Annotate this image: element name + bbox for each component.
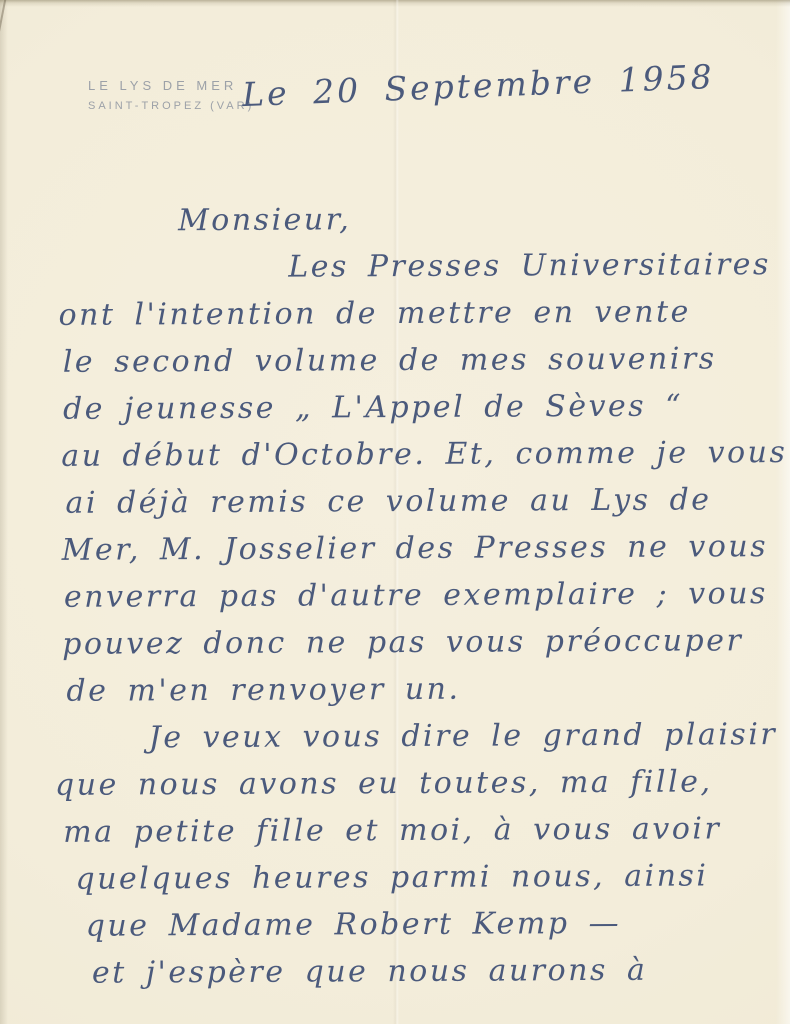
- paper-corner-crease: [0, 0, 9, 101]
- letter-line: que Madame Robert Kemp —: [86, 899, 769, 950]
- letter-line: de jeunesse „ L'Appel de Sèves “: [63, 382, 766, 433]
- letter-line: ont l'intention de mettre en vente: [58, 288, 765, 339]
- letter-line: pouvez donc ne pas vous préoccuper: [62, 617, 767, 668]
- letterhead-name: LE LYS DE MER: [88, 78, 254, 93]
- letter-line: Mer, M. Josselier des Presses ne vous: [62, 523, 767, 574]
- letter-line: de m'en renvoyer un.: [66, 664, 767, 715]
- handwritten-date: Le 20 Septembre 1958: [241, 57, 715, 114]
- letter-line: et j'espère que nous aurons à: [92, 946, 769, 997]
- letter-line: quelques heures parmi nous, ainsi: [75, 852, 768, 903]
- salutation: Monsieur,: [178, 194, 765, 244]
- letter-line: Les Presses Universitaires: [288, 241, 765, 290]
- letter-line: que nous avons eu toutes, ma fille,: [55, 758, 768, 809]
- letter-line: le second volume de mes souvenirs: [63, 335, 766, 386]
- letter-body: Monsieur, Les Presses Universitaires ont…: [50, 194, 769, 997]
- letterhead: LE LYS DE MER SAINT-TROPEZ (VAR): [88, 78, 254, 112]
- letter-line: enverra pas d'autre exemplaire ; vous: [64, 570, 767, 621]
- letter-line: ai déjà remis ce volume au Lys de: [65, 476, 766, 527]
- letter-line: au début d'Octobre. Et, comme je vous: [61, 429, 766, 480]
- letterhead-location: SAINT-TROPEZ (VAR): [88, 100, 254, 112]
- scanned-letter-page: LE LYS DE MER SAINT-TROPEZ (VAR) Le 20 S…: [0, 0, 790, 1024]
- letter-line: Je veux vous dire le grand plaisir: [149, 711, 768, 761]
- letter-line: ma petite fille et moi, à vous avoir: [63, 805, 768, 856]
